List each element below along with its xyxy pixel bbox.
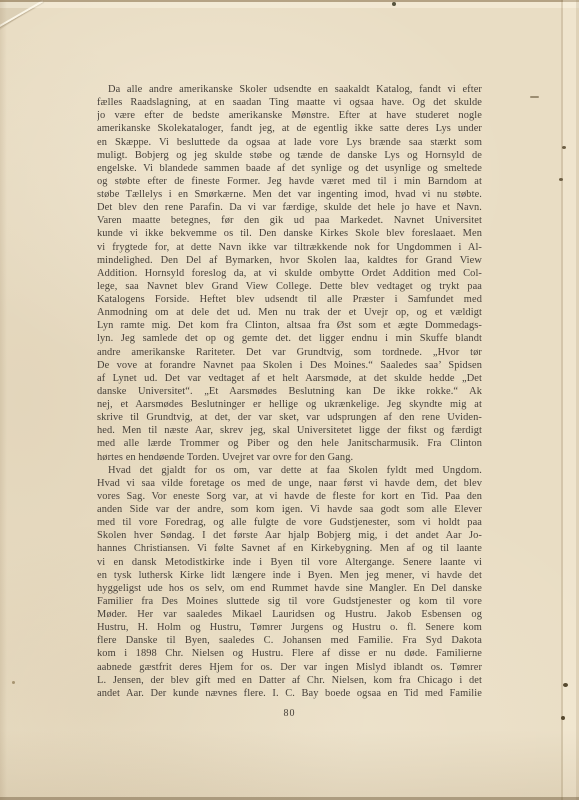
text-line: L. Jensen, der blev gift med en Datter a… [97,674,482,687]
page-edge-bottom-shadow [0,730,579,800]
text-line: fælles Raadslagning, at en saadan Ting m… [97,96,482,109]
text-line: Det blev den rene Parafin. Da vi var fær… [97,201,482,214]
text-line: Hvad det gjaldt for os om, var dette at … [97,464,482,477]
text-line: Addition. Hornsyld foreslog da, at vi sk… [97,267,482,280]
text-line: amerikanske Skolekataloger, fandt jeg, a… [97,122,482,135]
text-line: Hustru, H. Holm og Hustru, Tømrer Jurgen… [97,621,482,634]
text-line: kom i 1898 Chr. Nielsen og Hustru. Flere… [97,647,482,660]
text-line: hørtes en hendøende Torden. Uvejret var … [97,451,482,464]
paragraph: Da alle andre amerikanske Skoler udsendt… [97,83,482,464]
page-edge-top-highlight [0,2,579,8]
text-line: hyggeligst ude hos os selv, om end Rumme… [97,582,482,595]
paper-speck [563,683,568,687]
text-line: Familier fra Des Moines sluttede sig til… [97,595,482,608]
text-line: Katalogens Forside. Heftet blev udsendt … [97,293,482,306]
text-line: Lyn ramte mig. Det kom fra Clinton, alts… [97,319,482,332]
text-line: lyn. Jeg samlede det op og gemte det. de… [97,332,482,345]
text-line: mindelighed. Den Del af Bymarken, hvor S… [97,254,482,267]
text-line: vores Sag. Vor eneste Sorg var, at vi ha… [97,490,482,503]
page-number: 80 [97,708,482,719]
text-line: Møder. Her var saaledes Mikael Lauridsen… [97,608,482,621]
text-line: anden Side var der andre, som kom igen. … [97,503,482,516]
text-line: andre amerikanske Rariteter. Det var Gru… [97,346,482,359]
text-line: vi en dansk Metodistkirke inde i Byen ti… [97,556,482,569]
text-line: jo være efter de bedste amerikanske Møns… [97,109,482,122]
text-line: støbe Tællelys i en Smørkærne. Men det v… [97,188,482,201]
text-line: engelske. Vi blandede sammen baade af de… [97,162,482,175]
book-page: Da alle andre amerikanske Skoler udsendt… [0,0,579,800]
text-line: nej, et Aarsmødes Beslutninger er hellig… [97,398,482,411]
paper-speck [562,146,566,149]
text-line: en tysk luthersk Kirke lidt længere inde… [97,569,482,582]
text-line: en Skæppe. Vi besluttede da ogsaa at lad… [97,136,482,149]
text-line: Hvad vi saa vilde foretage os med de ung… [97,477,482,490]
paper-speck [561,716,565,720]
text-line: kunde vi ikke bekvemme os til. Den dansk… [97,227,482,240]
text-line: lege, saa Navnet blev Grand View College… [97,280,482,293]
text-line: skrive til Grundtvig, at det, der var sk… [97,411,482,424]
paper-speck [559,178,563,181]
text-line: aabnede gæstfrit deres Hjem for os. Der … [97,661,482,674]
text-line: hannes Christiansen. Vi følte Savnet af … [97,542,482,555]
paper-speck [392,2,396,6]
text-line: og støbte efter de fineste Former. Jeg h… [97,175,482,188]
page-edge-left-shadow [0,0,7,800]
text-line: Anmodning om at dele det ud. Men nu trak… [97,306,482,319]
text-line: Skolen hver Søndag. I det første Aar hja… [97,529,482,542]
text-line: Da alle andre amerikanske Skoler udsendt… [97,83,482,96]
text-line: muligt. Bobjerg og jeg skulde støbe og t… [97,149,482,162]
paper-speck [12,681,15,684]
page-edge-right-line [561,0,563,800]
text-line: med til vore Foredrag, og alle fulgte de… [97,516,482,529]
text-line: af Lynet ud. Det var vedtaget af et helt… [97,372,482,385]
paper-speck [530,96,539,98]
text-line: flere Danske til Byen, saaledes C. Johan… [97,634,482,647]
text-line: Varen maatte betegnes, før den gik ud pa… [97,214,482,227]
text-line: De vove at forandre Navnet paa Skolen i … [97,359,482,372]
text-line: vi frygtede for, at dette Navn ikke var … [97,241,482,254]
body-text-block: Da alle andre amerikanske Skoler udsendt… [97,83,482,700]
text-line: danske Universitet“. „Et Aarsmødes Beslu… [97,385,482,398]
text-line: med alle lærde Trommer og Piber og den h… [97,437,482,450]
text-line: hed. Men til næste Aar, skrev jeg, skal … [97,424,482,437]
paragraph: Hvad det gjaldt for os om, var dette at … [97,464,482,700]
text-line: andet Aar. Der kunde nævnes flere. I. C.… [97,687,482,700]
